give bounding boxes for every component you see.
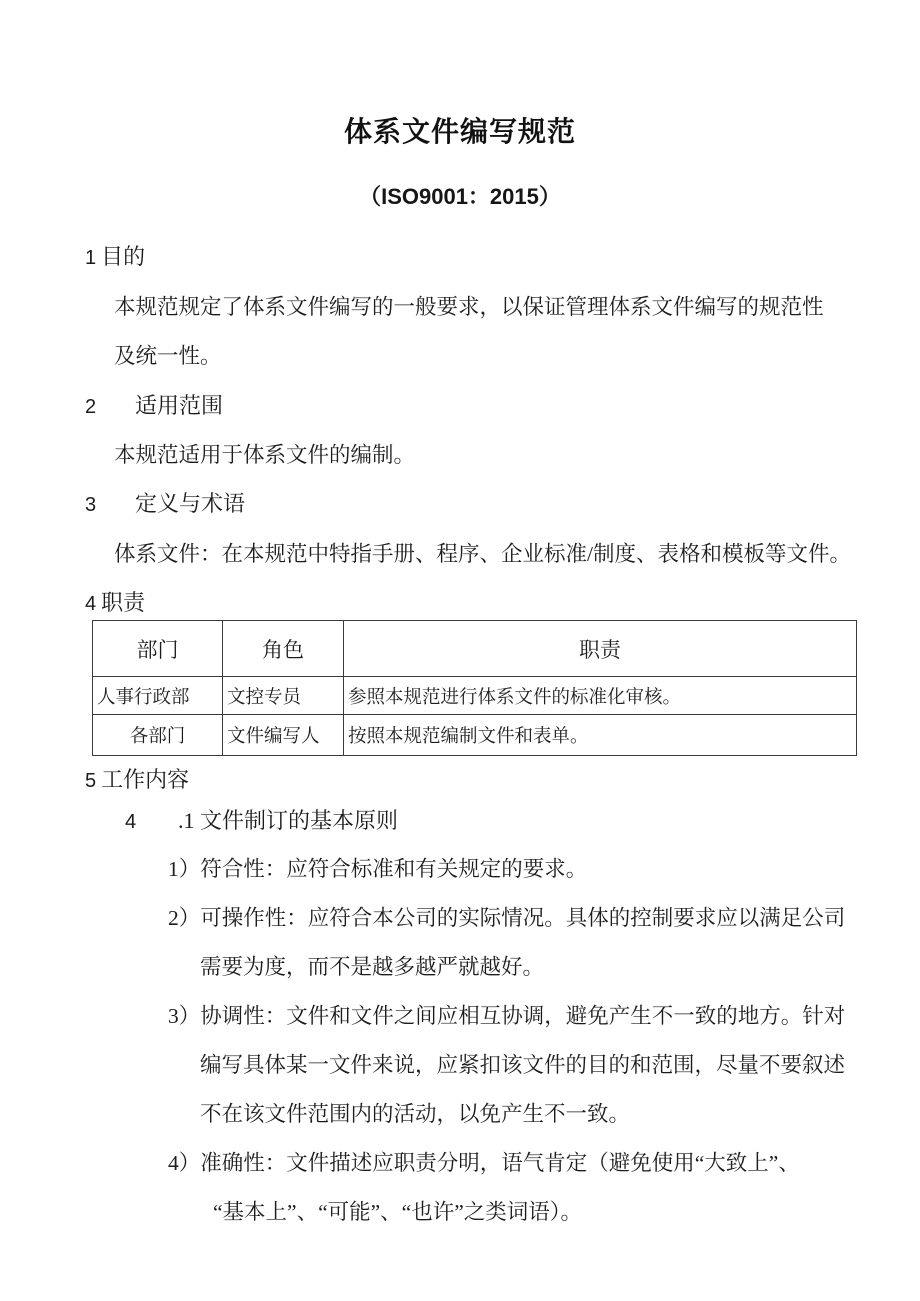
principle-line: 1）符合性：应符合标准和有关规定的要求。 [168,852,587,883]
document-subtitle: （ISO9001：2015） [0,180,920,211]
principle-line: 需要为度，而不是越多越严就越好。 [200,950,544,981]
role-cell: 文控专员 [223,677,344,715]
table-row: 人事行政部 文控专员 参照本规范进行体系文件的标准化审核。 [93,677,857,715]
table-header-dept: 部门 [93,621,223,677]
definition-paragraph: 体系文件：在本规范中特指手册、程序、企业标准/制度、表格和模板等文件。 [114,537,851,568]
purpose-paragraph-line1: 本规范规定了体系文件编写的一般要求，以保证管理体系文件编写的规范性 [114,290,824,321]
duty-cell: 参照本规范进行体系文件的标准化审核。 [344,677,857,715]
role-cell: 文件编写人 [223,715,344,756]
principle-line: 3）协调性：文件和文件之间应相互协调，避免产生不一致的地方。针对 [168,999,845,1030]
heading-work-content: 5工作内容 [85,763,189,794]
subheading-basic-principles-number: 4 [125,811,178,834]
purpose-paragraph-line2: 及统一性。 [114,339,222,370]
table-row: 各部门 文件编写人 按照本规范编制文件和表单。 [93,715,857,756]
heading-work-content-number: 5 [85,770,96,792]
dept-cell: 人事行政部 [93,677,223,715]
heading-scope-number: 2 [85,396,135,419]
document-page: 体系文件编写规范 （ISO9001：2015） 1目的 本规范规定了体系文件编写… [0,0,920,1301]
subheading-basic-principles: 4.1 文件制订的基本原则 [125,804,398,835]
dept-cell: 各部门 [93,715,223,756]
principle-line: “基本上”、“可能”、“也许”之类词语）。 [213,1195,582,1226]
scope-paragraph: 本规范适用于体系文件的编制。 [114,438,415,469]
heading-scope-label: 适用范围 [135,393,223,418]
heading-purpose-number: 1 [85,247,96,269]
heading-responsibilities: 4职责 [85,586,145,617]
heading-work-content-label: 工作内容 [101,767,189,792]
table-header-row: 部门 角色 职责 [93,621,857,677]
principle-line: 编写具体某一文件来说，应紧扣该文件的目的和范围，尽量不要叙述 [200,1048,845,1079]
principle-line: 2）可操作性：应符合本公司的实际情况。具体的控制要求应以满足公司 [168,901,845,932]
heading-definitions-label: 定义与术语 [135,491,245,516]
duty-cell: 按照本规范编制文件和表单。 [344,715,857,756]
heading-scope: 2适用范围 [85,389,223,420]
heading-definitions: 3定义与术语 [85,487,245,518]
subheading-basic-principles-label: .1 文件制订的基本原则 [178,808,398,833]
heading-responsibilities-label: 职责 [101,590,145,615]
principle-line: 4）准确性：文件描述应职责分明，语气肯定（避免使用“大致上”、 [168,1146,800,1177]
principle-line: 不在该文件范围内的活动，以免产生不一致。 [200,1097,630,1128]
heading-purpose-label: 目的 [101,244,145,269]
table-header-duty: 职责 [344,621,857,677]
document-title: 体系文件编写规范 [0,110,920,150]
heading-definitions-number: 3 [85,494,135,517]
heading-responsibilities-number: 4 [85,593,96,615]
responsibilities-table: 部门 角色 职责 人事行政部 文控专员 参照本规范进行体系文件的标准化审核。 各… [92,620,857,756]
heading-purpose: 1目的 [85,240,145,271]
table-header-role: 角色 [223,621,344,677]
